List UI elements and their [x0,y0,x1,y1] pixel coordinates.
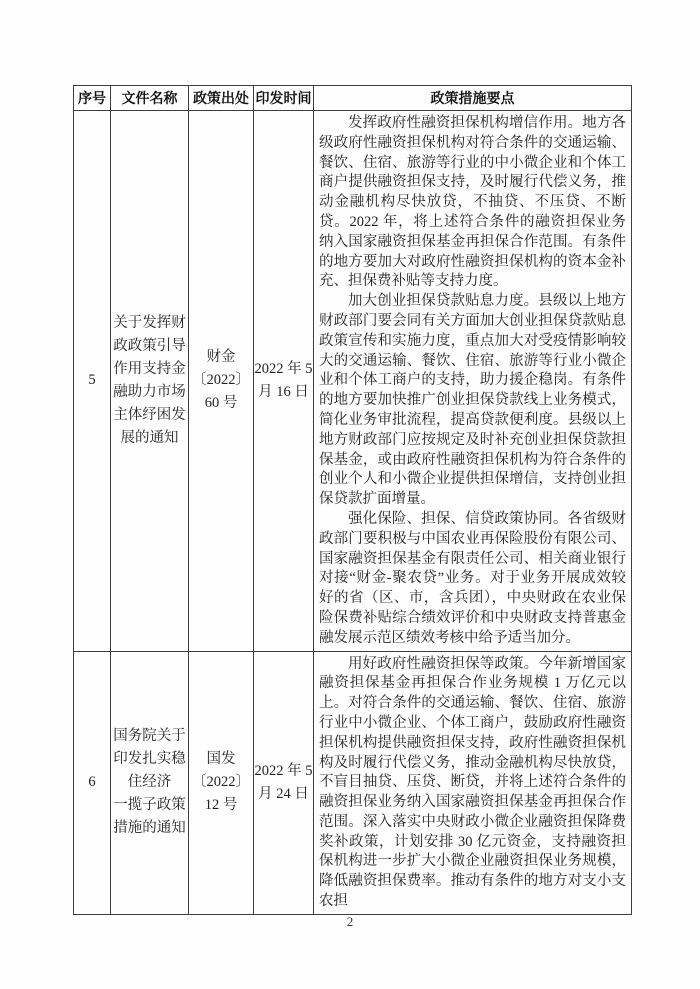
cell-seq: 6 [74,651,111,914]
cell-source: 财金 〔2022〕 60 号 [189,111,254,652]
points-paragraph: 强化保险、担保、信贷政策协同。各省级财政部门要积极与中国农业再保险股份有限公司、… [319,510,626,649]
points-paragraph: 用好政府性融资担保等政策。今年新增国家融资担保基金再担保合作业务规模 1 万亿元… [319,655,626,912]
points-paragraph: 加大创业担保贷款贴息力度。县级以上地方财政部门要会同有关方面加大创业担保贷款贴息… [319,292,626,510]
table-header-row: 序号 文件名称 政策出处 印发时间 政策措施要点 [74,86,632,111]
cell-seq: 5 [74,111,111,652]
header-points: 政策措施要点 [314,86,632,111]
table-row: 6 国务院关于 印发扎实稳 住经济 一揽子政策 措施的通知 国发 〔2022〕 … [74,651,632,914]
table-row: 5 关于发挥财 政政策引导 作用支持金 融助力市场 主体纾困发 展的通知 财金 … [74,111,632,652]
cell-date: 2022 年 5 月 24 日 [254,651,314,914]
document-page: 序号 文件名称 政策出处 印发时间 政策措施要点 5 关于发挥财 政政策引导 作… [0,0,700,989]
cell-points: 发挥政府性融资担保机构增信作用。地方各级政府性融资担保机构对符合条件的交通运输、… [314,111,632,652]
points-paragraph: 发挥政府性融资担保机构增信作用。地方各级政府性融资担保机构对符合条件的交通运输、… [319,114,626,292]
cell-points: 用好政府性融资担保等政策。今年新增国家融资担保基金再担保合作业务规模 1 万亿元… [314,651,632,914]
policy-table: 序号 文件名称 政策出处 印发时间 政策措施要点 5 关于发挥财 政政策引导 作… [73,85,632,915]
header-seq: 序号 [74,86,111,111]
cell-source: 国发 〔2022〕 12 号 [189,651,254,914]
cell-date: 2022 年 5 月 16 日 [254,111,314,652]
header-source: 政策出处 [189,86,254,111]
cell-doc-name: 关于发挥财 政政策引导 作用支持金 融助力市场 主体纾困发 展的通知 [111,111,189,652]
header-date: 印发时间 [254,86,314,111]
header-doc-name: 文件名称 [111,86,189,111]
page-number: 2 [0,914,700,930]
cell-doc-name: 国务院关于 印发扎实稳 住经济 一揽子政策 措施的通知 [111,651,189,914]
